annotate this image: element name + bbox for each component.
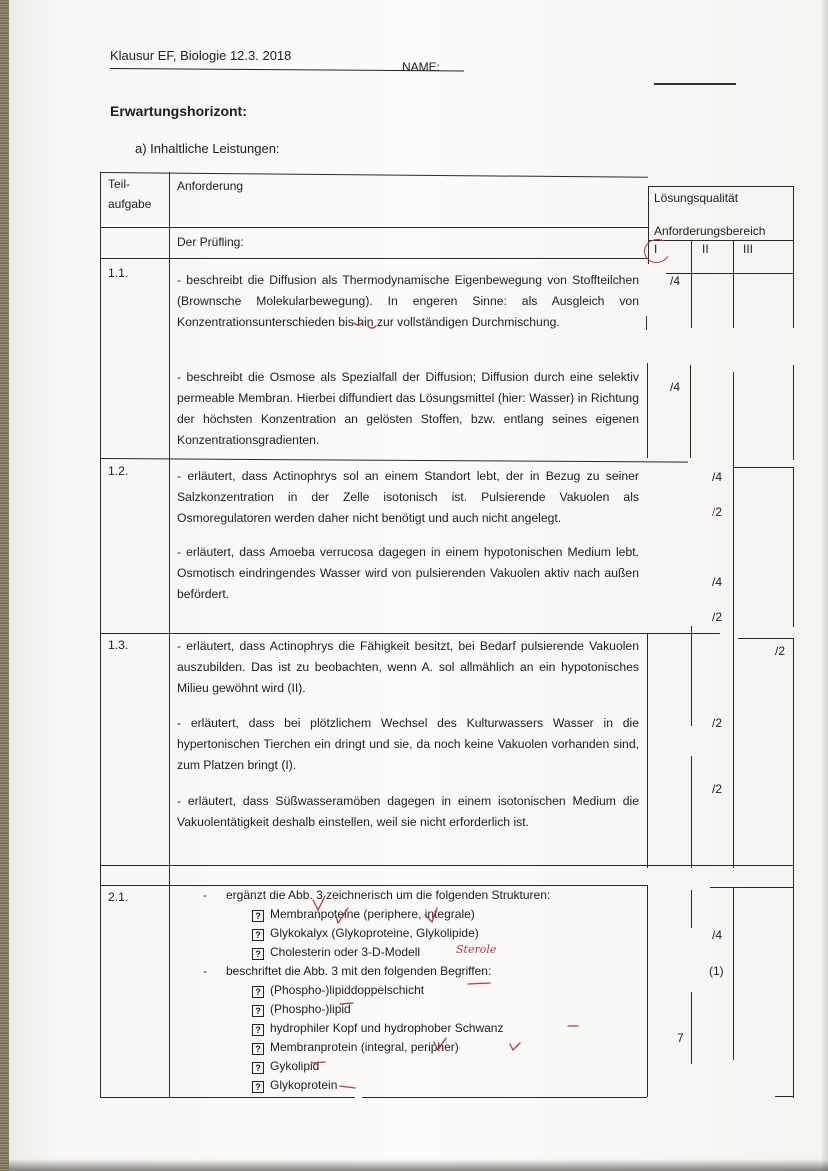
- handwritten-marks-icon: [0, 0, 828, 1171]
- page-shadow: [9, 1159, 828, 1171]
